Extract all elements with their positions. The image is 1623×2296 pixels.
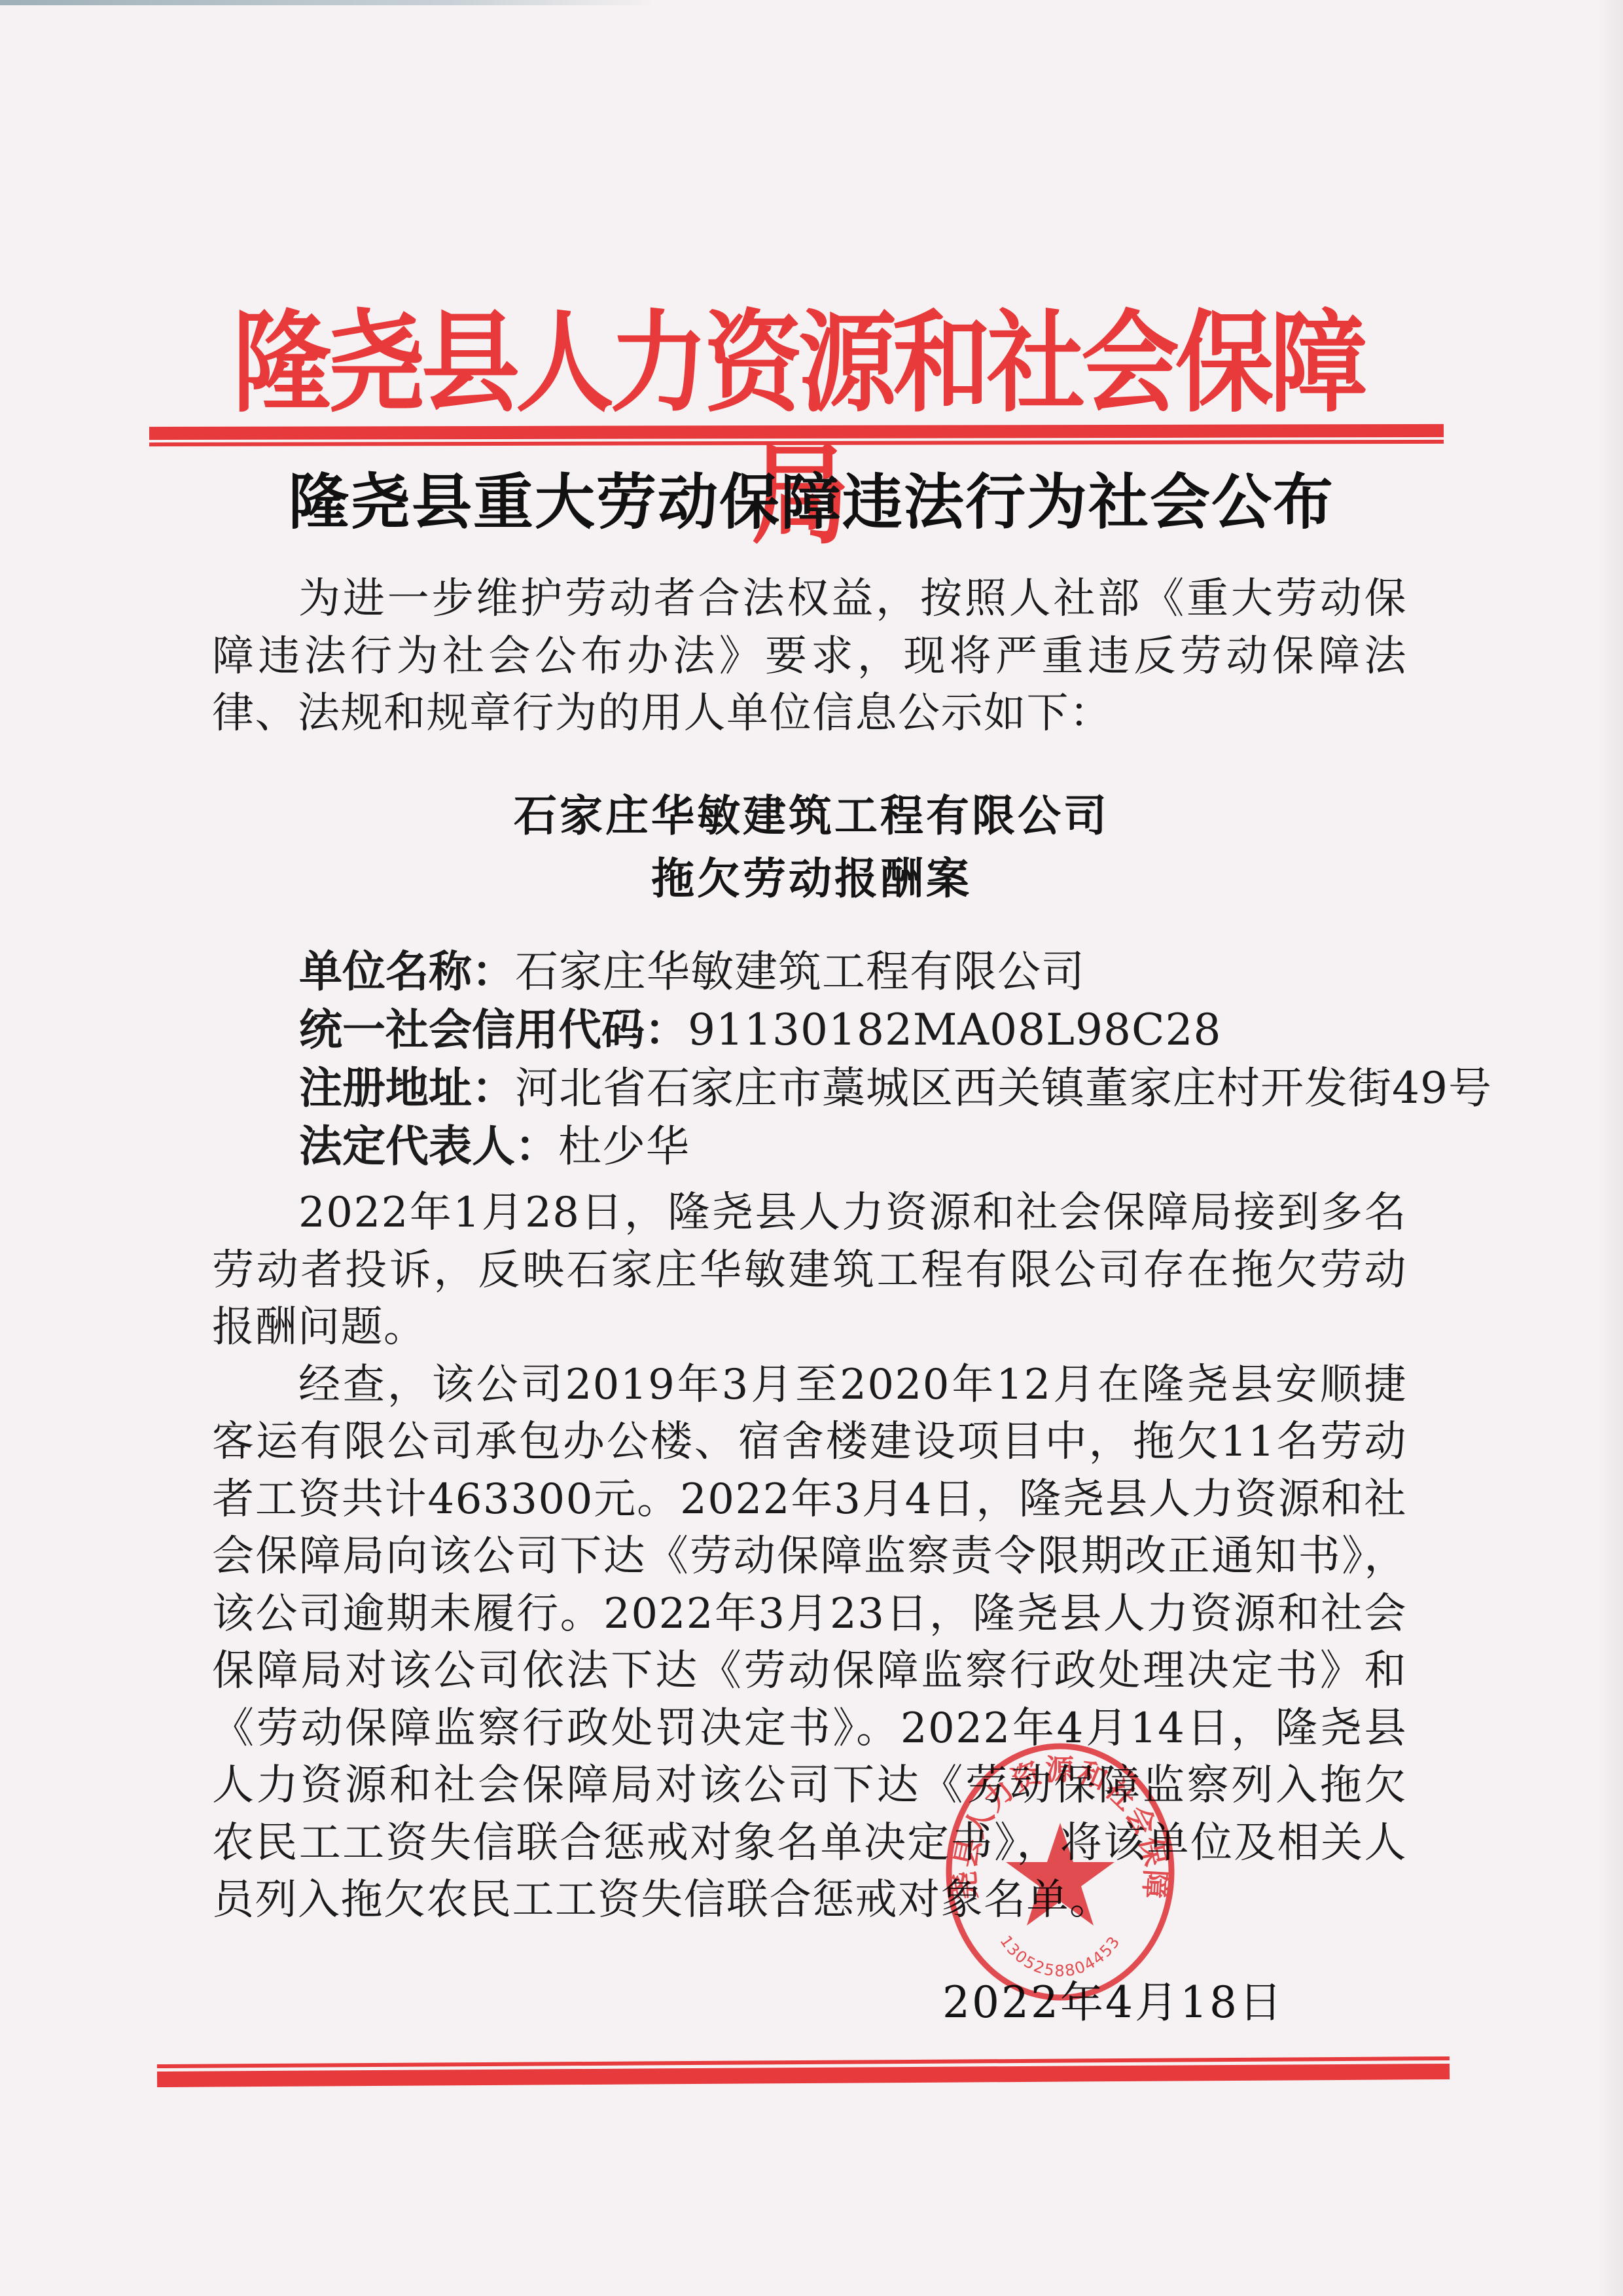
info-value: 石家庄华敏建筑工程有限公司	[515, 946, 1085, 997]
company-info: 单位名称：石家庄华敏建筑工程有限公司 统一社会信用代码：91130182MA08…	[299, 942, 1451, 1175]
info-value: 河北省石家庄市藁城区西关镇董家庄村开发街49号	[515, 1063, 1492, 1113]
case-heading-company: 石家庄华敏建筑工程有限公司	[216, 784, 1407, 847]
info-label: 单位名称：	[299, 946, 515, 997]
info-value: 杜少华	[558, 1121, 690, 1172]
info-label: 统一社会信用代码：	[299, 1004, 688, 1055]
info-label: 注册地址：	[299, 1062, 515, 1113]
letterhead-divider	[149, 424, 1444, 449]
footer-divider	[157, 2056, 1450, 2090]
seal-code: 1305258804453	[996, 1932, 1124, 1980]
divider-thin	[149, 440, 1444, 446]
case-details: 2022年1月28日，隆尧县人力资源和社会保障局接到多名劳动者投诉，反映石家庄华…	[212, 1185, 1407, 1929]
divider-thick	[149, 424, 1444, 440]
intro-section: 为进一步维护劳动者合法权益，按照人社部《重大劳动保障违法行为社会公布办法》要求，…	[212, 571, 1407, 743]
investigation-paragraph: 经查，该公司2019年3月至2020年12月在隆尧县安顺捷客运有限公司承包办公楼…	[212, 1357, 1407, 1929]
divider-thick	[157, 2064, 1450, 2087]
svg-text:1305258804453: 1305258804453	[996, 1932, 1124, 1980]
info-row-address: 注册地址：河北省石家庄市藁城区西关镇董家庄村开发街49号	[299, 1059, 1451, 1117]
case-heading-type: 拖欠劳动报酬案	[216, 847, 1407, 910]
star-icon	[1006, 1823, 1115, 1926]
document-title: 隆尧县重大劳动保障违法行为社会公布	[216, 466, 1407, 538]
official-seal: 隆尧县人力资源和社会保障局 1305258804453	[942, 1741, 1178, 2003]
scanner-edge	[0, 0, 654, 5]
info-row-unit-name: 单位名称：石家庄华敏建筑工程有限公司	[299, 942, 1451, 1001]
scanner-shadow	[1597, 0, 1623, 2296]
info-row-legal-rep: 法定代表人：杜少华	[299, 1117, 1451, 1175]
complaint-paragraph: 2022年1月28日，隆尧县人力资源和社会保障局接到多名劳动者投诉，反映石家庄华…	[212, 1185, 1407, 1357]
info-label: 法定代表人：	[299, 1121, 558, 1172]
case-heading: 石家庄华敏建筑工程有限公司 拖欠劳动报酬案	[216, 784, 1407, 910]
info-value: 91130182MA08L98C28	[688, 1005, 1221, 1055]
intro-paragraph: 为进一步维护劳动者合法权益，按照人社部《重大劳动保障违法行为社会公布办法》要求，…	[212, 571, 1407, 743]
info-row-credit-code: 统一社会信用代码：91130182MA08L98C28	[299, 1001, 1451, 1059]
